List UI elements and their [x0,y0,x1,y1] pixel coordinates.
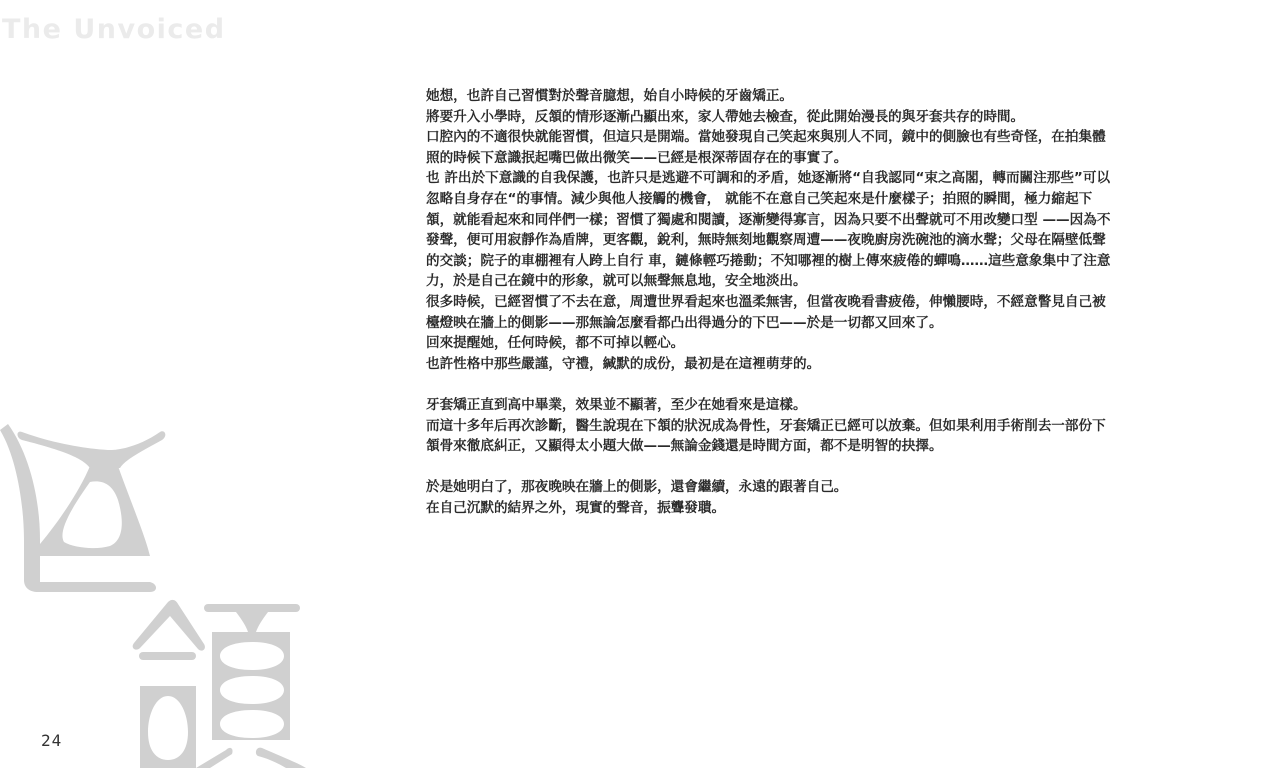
paragraph: 也 許出於下意識的自我保護，也許只是逃避不可調和的矛盾，她逐漸將“自我認同“束之… [426,168,1116,292]
paragraph: 口腔內的不適很快就能習慣，但這只是開端。當她發現自己笑起來與別人不同，鏡中的側臉… [426,127,1116,168]
paragraph-spacer [426,457,1116,478]
paragraph: 也許性格中那些嚴謹，守禮，緘默的成份，最初是在這裡萌芽的。 [426,354,1116,375]
paragraph: 很多時候，已經習慣了不去在意，周遭世界看起來也溫柔無害，但當夜晚看書疲倦，伸懶腰… [426,292,1116,333]
paragraph: 而這十多年后再次診斷，醫生說現在下頷的狀況成為骨性，牙套矯正已經可以放棄。但如果… [426,416,1116,457]
running-title: The Unvoiced [2,14,226,45]
paragraph: 回來提醒她，任何時候，都不可掉以輕心。 [426,333,1116,354]
paragraph-spacer [426,374,1116,395]
page-number: 24 [41,731,62,750]
paragraph: 在自己沉默的結界之外，現實的聲音，振聾發聵。 [426,498,1116,519]
paragraph: 牙套矯正直到高中畢業，效果並不顯著，至少在她看來是這樣。 [426,395,1116,416]
decorative-title-glyph-icon [0,420,320,768]
paragraph: 於是她明白了，那夜晚映在牆上的側影，還會繼續，永遠的跟著自己。 [426,477,1116,498]
paragraph: 將要升入小學時，反頷的情形逐漸凸顯出來，家人帶她去檢查，從此開始漫長的與牙套共存… [426,107,1116,128]
article-body: 她想，也許自己習慣對於聲音臆想，始自小時候的牙齒矯正。 將要升入小學時，反頷的情… [426,86,1116,518]
paragraph: 她想，也許自己習慣對於聲音臆想，始自小時候的牙齒矯正。 [426,86,1116,107]
